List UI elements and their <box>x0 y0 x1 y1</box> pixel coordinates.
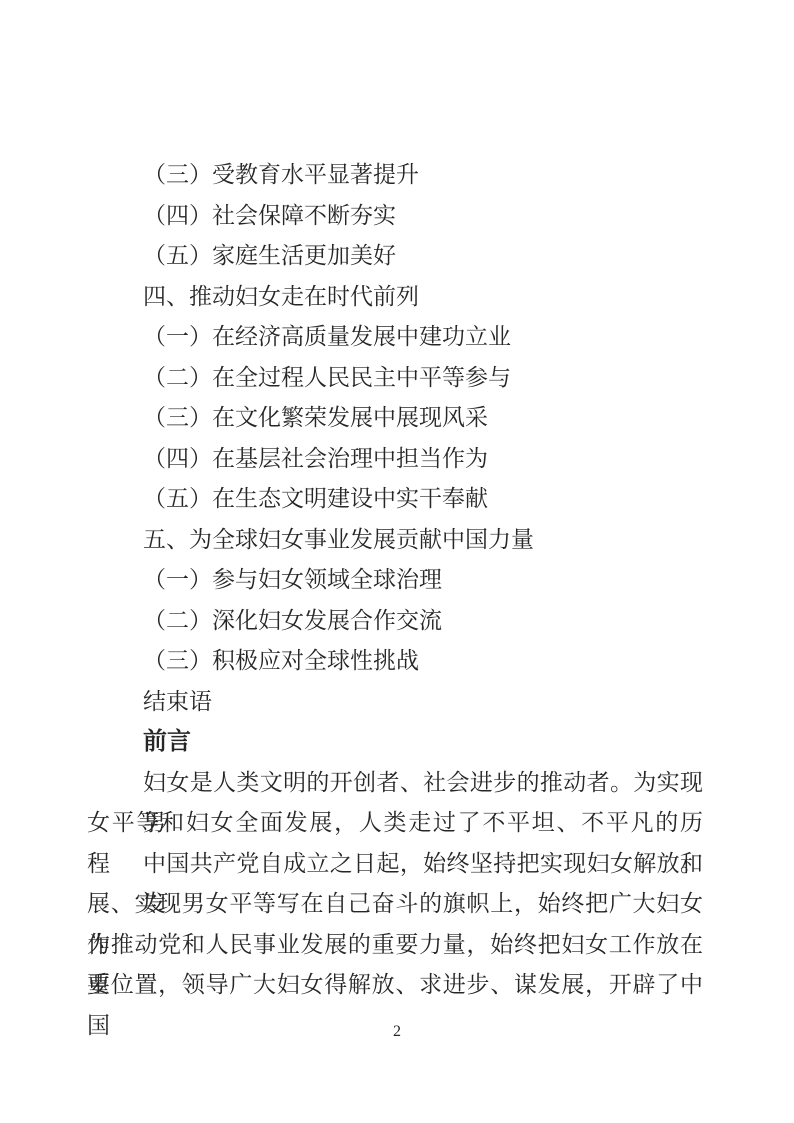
toc-entry-chapter: 结束语 <box>87 682 703 723</box>
toc-entry: （二）深化妇女发展合作交流 <box>87 601 703 642</box>
toc-entry-chapter: 五、为全球妇女事业发展贡献中国力量 <box>87 520 703 561</box>
body-text-line: 妇女是人类文明的开创者、社会进步的推动者。为实现男 <box>87 763 703 804</box>
toc-entry: （五）在生态文明建设中实干奉献 <box>87 479 703 520</box>
page-footer: 2 <box>0 1022 794 1042</box>
page-number: 2 <box>393 1023 401 1040</box>
toc-entry: （二）在全过程人民民主中平等参与 <box>87 358 703 399</box>
preface-heading: 前言 <box>87 722 703 763</box>
toc-entry: （一）参与妇女领域全球治理 <box>87 560 703 601</box>
toc-entry: （一）在经济高质量发展中建功立业 <box>87 317 703 358</box>
toc-entry: （五）家庭生活更加美好 <box>87 236 703 277</box>
body-text-line: 展、实现男女平等写在自己奋斗的旗帜上，始终把广大妇女作 <box>87 884 703 925</box>
body-text-line: 为推动党和人民事业发展的重要力量，始终把妇女工作放在重 <box>87 925 703 966</box>
toc-entry-chapter: 四、推动妇女走在时代前列 <box>87 277 703 318</box>
body-text-line: 要位置，领导广大妇女得解放、求进步、谋发展，开辟了中国 <box>87 965 703 1006</box>
toc-entry: （三）在文化繁荣发展中展现风采 <box>87 398 703 439</box>
toc-entry: （三）受教育水平显著提升 <box>87 155 703 196</box>
document-page: （三）受教育水平显著提升 （四）社会保障不断夯实 （五）家庭生活更加美好 四、推… <box>0 0 794 1123</box>
body-text-line: 女平等和妇女全面发展，人类走过了不平坦、不平凡的历程。 <box>87 803 703 844</box>
page-content: （三）受教育水平显著提升 （四）社会保障不断夯实 （五）家庭生活更加美好 四、推… <box>87 155 703 1006</box>
body-text-line: 中国共产党自成立之日起，始终坚持把实现妇女解放和发 <box>87 844 703 885</box>
toc-entry: （四）在基层社会治理中担当作为 <box>87 439 703 480</box>
toc-entry: （三）积极应对全球性挑战 <box>87 641 703 682</box>
toc-entry: （四）社会保障不断夯实 <box>87 196 703 237</box>
